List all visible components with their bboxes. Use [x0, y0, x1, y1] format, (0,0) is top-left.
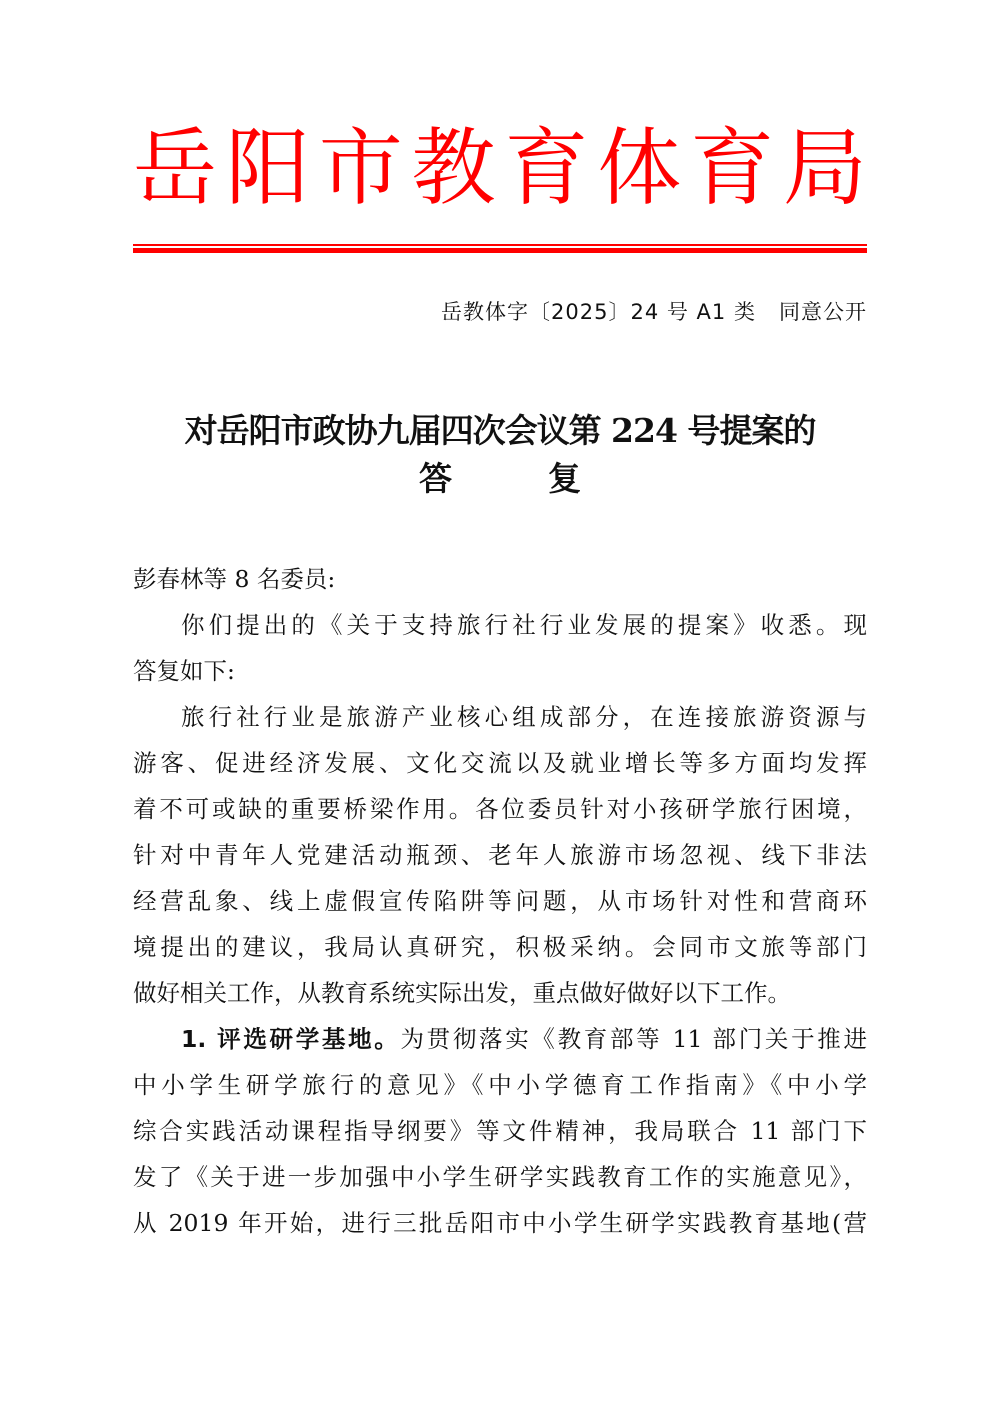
paragraph-2-line: 着不可或缺的重要桥梁作用。各位委员针对小孩研学旅行困境，	[133, 786, 867, 832]
paragraph-3-line: 中小学生研学旅行的意见》《中小学德育工作指南》《中小学	[133, 1062, 867, 1108]
title-char-da: 答	[419, 459, 452, 498]
masthead-char: 市	[319, 118, 403, 218]
red-divider-rule	[133, 244, 867, 254]
masthead-char: 阳	[226, 118, 310, 218]
red-rule-thick-line	[133, 248, 867, 253]
paragraph-2-line: 旅行社行业是旅游产业核心组成部分，在连接旅游资源与	[133, 694, 867, 740]
document-title-line2: 答复	[0, 456, 1000, 502]
paragraph-3-line: 为贯彻落实《教育部等 11 部门关于推进	[400, 1025, 867, 1053]
paragraph-2-line: 做好相关工作，从教育系统实际出发，重点做好做好以下工作。	[133, 970, 867, 1016]
paragraph-2-line: 经营乱象、线上虚假宣传陷阱等问题，从市场针对性和营商环	[133, 878, 867, 924]
masthead-char: 体	[597, 118, 681, 218]
salutation: 彭春林等 8 名委员:	[133, 556, 867, 602]
document-title-line1: 对岳阳市政协九届四次会议第 224 号提案的	[0, 408, 1000, 454]
section-heading: 1. 评选研学基地。	[181, 1025, 400, 1053]
document-number: 岳教体字〔2025〕24 号 A1 类 同意公开	[441, 296, 867, 328]
paragraph-3-line: 从 2019 年开始，进行三批岳阳市中小学生研学实践教育基地(营	[133, 1200, 867, 1246]
document-page: 岳 阳 市 教 育 体 育 局 岳教体字〔2025〕24 号 A1 类 同意公开…	[0, 0, 1000, 1414]
paragraph-1-line: 你们提出的《关于支持旅行社行业发展的提案》收悉。现	[133, 602, 867, 648]
red-rule-thin-line	[133, 244, 867, 246]
masthead-char: 教	[412, 118, 496, 218]
masthead-char: 育	[504, 118, 588, 218]
paragraph-3-line: 综合实践活动课程指导纲要》等文件精神，我局联合 11 部门下	[133, 1108, 867, 1154]
paragraph-2-line: 针对中青年人党建活动瓶颈、老年人旅游市场忽视、线下非法	[133, 832, 867, 878]
title-char-fu: 复	[548, 459, 581, 498]
paragraph-2-line: 境提出的建议，我局认真研究，积极采纳。会同市文旅等部门	[133, 924, 867, 970]
masthead-char: 育	[690, 118, 774, 218]
paragraph-1-line: 答复如下:	[133, 648, 867, 694]
masthead-title: 岳 阳 市 教 育 体 育 局	[133, 118, 867, 218]
masthead-char: 岳	[133, 118, 217, 218]
paragraph-3-line: 发了《关于进一步加强中小学生研学实践教育工作的实施意见》，	[133, 1154, 867, 1200]
paragraph-3-first-line: 1. 评选研学基地。为贯彻落实《教育部等 11 部门关于推进	[133, 1016, 867, 1062]
masthead-char: 局	[783, 118, 867, 218]
document-body: 彭春林等 8 名委员: 你们提出的《关于支持旅行社行业发展的提案》收悉。现 答复…	[133, 556, 867, 1246]
paragraph-2-line: 游客、促进经济发展、文化交流以及就业增长等多方面均发挥	[133, 740, 867, 786]
